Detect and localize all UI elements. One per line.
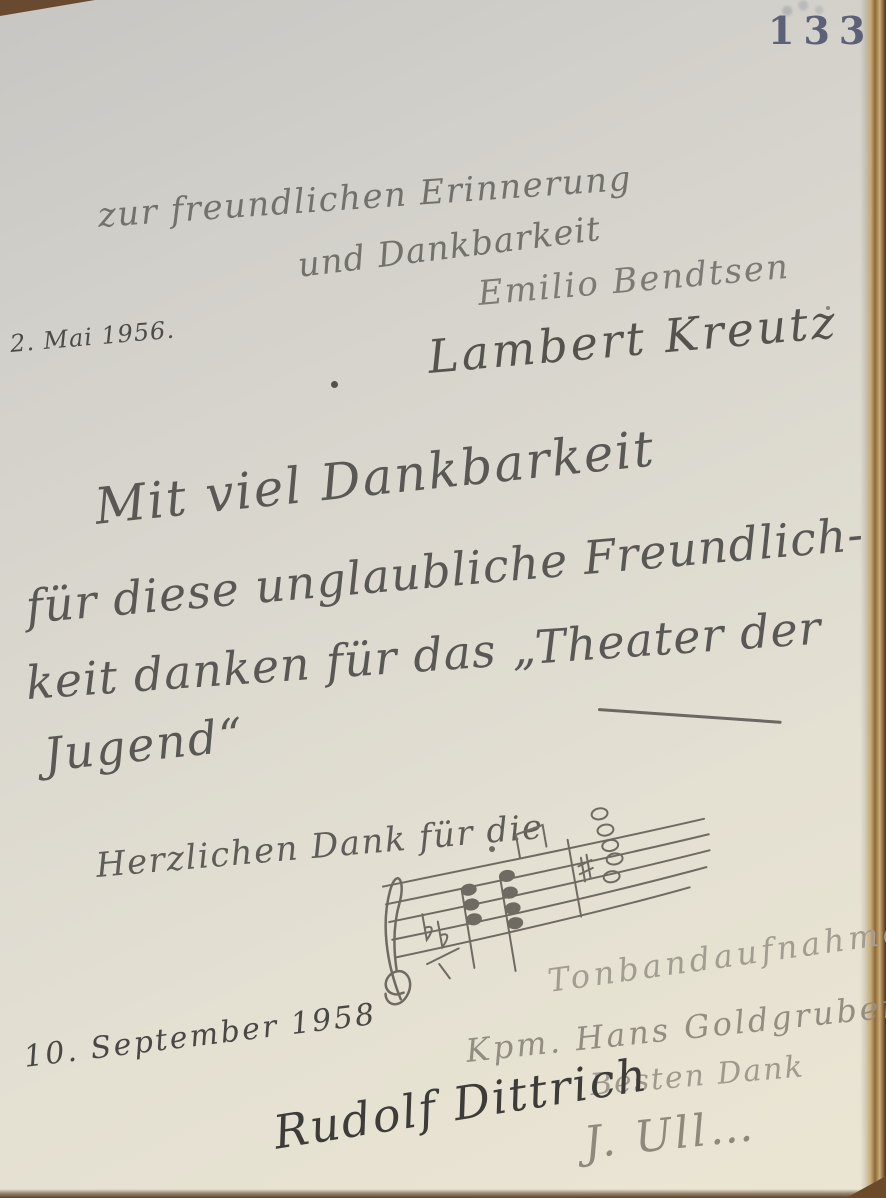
ink-dot [331, 381, 338, 388]
message-line-4: Jugend“ [41, 707, 247, 782]
signature-faint: J. Ull… [581, 1100, 758, 1169]
desk-corner-top-left [0, 0, 95, 16]
date-1958: 10. September 1958 [22, 997, 379, 1075]
guestbook-page: 133 zur freundlichen Erinnerung und Dank… [0, 0, 886, 1198]
book-edge-bottom [0, 1189, 886, 1198]
book-corner-bottom-right [846, 1176, 886, 1198]
underline-theater-der [598, 708, 782, 724]
message-line-1: Mit viel Dankbarkeit [92, 419, 658, 536]
small-dot [826, 306, 830, 310]
page-number: 133 [768, 8, 874, 53]
date-1956: 2. Mai 1956. [9, 316, 176, 358]
kpm-line: Kpm. Hans Goldgruber [464, 987, 886, 1070]
